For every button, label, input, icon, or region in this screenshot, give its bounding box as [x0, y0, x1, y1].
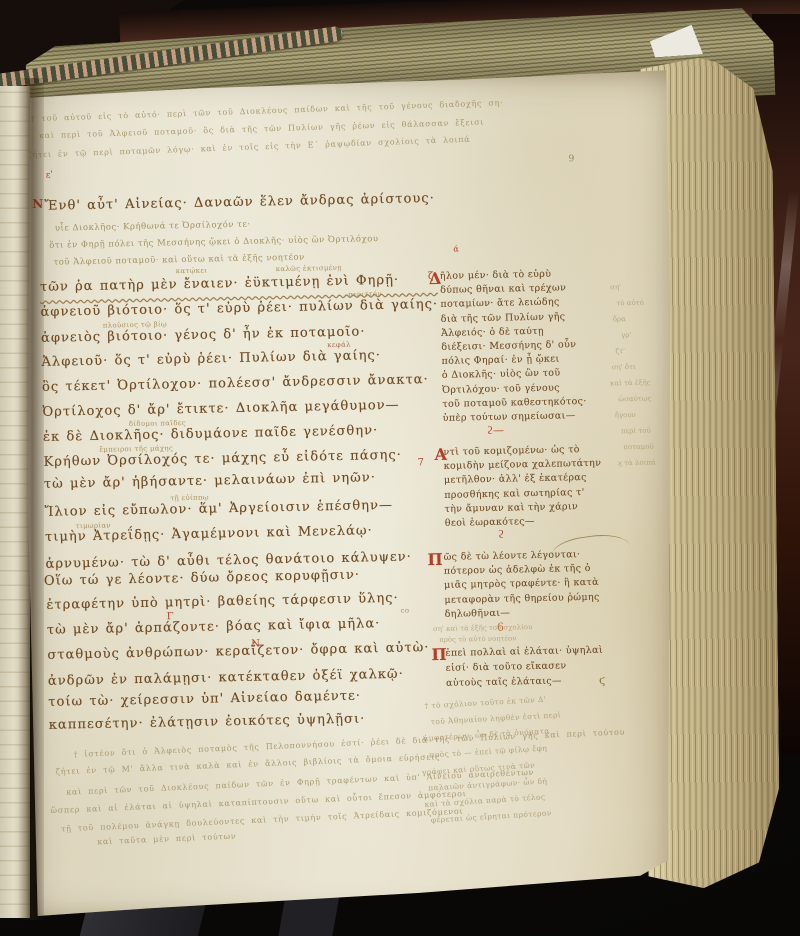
fore-edge-note: ζτ' — [615, 347, 625, 355]
later-hand-note: πρὸς τὸ — ἐπεὶ τῷ φίλῳ ἔφη — [429, 744, 547, 760]
interlinear-gloss: τιμωρίαν — [76, 522, 111, 531]
fore-edge-note: ἤγουν — [615, 411, 636, 419]
folio-mark: 9 — [568, 154, 574, 164]
scholion-block: ντὶ τοῦ κομιζομένω· ὡς τὸ κομιδὴν μείζον… — [443, 442, 635, 531]
verse-line: τοίω τὼ· χείρεσσιν ὑπ' Αἰνείαο δαμέντε· — [48, 689, 361, 710]
rubric-mark: Ν — [251, 639, 260, 650]
rubric-mark: 7 — [418, 457, 425, 468]
verse-line: ἐτραφέτην ὑπὸ μητρὶ· βαθείης τάρφεσιν ὕλ… — [46, 591, 399, 613]
book-photo: † τοῦ αὐτοῦ εἰς τὸ αὐτό· περὶ τῶν τοῦ Δι… — [0, 0, 800, 936]
verse-line: καππεσέτην· ἐλάτῃσιν ἐοικότες ὑψηλῇσι· — [49, 711, 366, 732]
verse-line: Ἀλφειοῦ· ὅς τ' εὐρὺ ῥέει· Πυλίων διὰ γαί… — [41, 348, 381, 370]
verse-line: Ὀρτίλοχος δ' ἄρ' ἔτικτε· Διοκλῆα μεγάθυμ… — [42, 398, 399, 420]
marginal-note: πρὸς τὸ αὐτὸ νοητέον — [439, 634, 516, 644]
interlinear-gloss: κεφάλ — [327, 341, 351, 349]
quire-mark: εʹ — [46, 171, 53, 181]
scholion-line: αὐτοὺς ταῖς ἐλάταις— — [446, 672, 636, 691]
scholion-block: ῶς δὲ τὼ λέοντε λέγονται· πότερον ὡς ἀδε… — [443, 547, 634, 622]
scholion-block: ῆλον μέν· διὰ τὸ εὐρὺ δύπως θῆναι καὶ τρ… — [440, 266, 633, 426]
manuscript-page: † τοῦ αὐτοῦ εἰς τὸ αὐτό· περὶ τῶν τοῦ Δι… — [24, 66, 676, 922]
scholion-line: θεοὶ ἑωρακότες— — [445, 513, 635, 531]
gutter-shadow — [18, 78, 44, 920]
interlinear-gloss: τῇ εὐίππῳ — [170, 494, 209, 503]
fore-edge-note: ϗ τὰ λοιπά — [618, 459, 656, 468]
later-hand-note: † τὸ σχόλιον τοῦτο ἐκ τῶν Δ' — [424, 695, 546, 711]
fore-edge-note: καὶ τὰ ἑξῆς — [610, 379, 651, 388]
verse-line: τὼ μὲν ἄρ' ἁρπάζοντε· βόας καὶ ἴφια μῆλα… — [47, 616, 381, 638]
interlinear-gloss: δίδυμοι παῖδες — [129, 419, 186, 428]
scholion-line: ὑπὲρ τούτων σημείωσαι— — [443, 408, 633, 426]
verse-line: ὃς τέκετ' Ὀρτίλοχον· πολέεσσ' ἄνδρεσσιν … — [42, 372, 429, 395]
verse-line-cancelled: ἀφνειοῦ βιότοιο· ὅς τ' εὐρὺ ῥέει· πυλίων… — [40, 297, 438, 320]
rubric-flourish: ϩ— — [487, 424, 504, 437]
marginal-note: ση' καὶ τὰ ἑξῆς τοῦ σχολίου — [433, 623, 533, 633]
rubric-flourish: ϩ — [498, 528, 504, 541]
fore-edge-note: ὅρα — [613, 315, 626, 323]
interlinear-gloss: κατῴκει — [176, 267, 208, 276]
inset-scholion-line: τοῦ Ἀλφειοῦ ποταμοῦ· καὶ οὕτω καὶ τὰ ἑξῆ… — [53, 253, 304, 268]
verse-line: τῶν ῥα πατὴρ μὲν ἔναιεν· ἐϋκτιμένῃ ἐνὶ Φ… — [40, 273, 399, 295]
inset-scholion-line: ὅτι ἐν Φηρῇ πόλει τῆς Μεσσήνης ᾤκει ὁ Δι… — [49, 234, 378, 251]
interlinear-gloss: πλούσιος τῷ βίῳ — [103, 320, 167, 329]
rubric-mark: ⌃ — [48, 565, 57, 576]
page-content: † τοῦ αὐτοῦ εἰς τὸ αὐτό· περὶ τῶν τοῦ Δι… — [22, 54, 691, 923]
scholion-block: ἐπεὶ πολλαὶ αἱ ἐλάται· ὑψηλαὶ εἰσί· διὰ … — [445, 642, 636, 691]
rubric-mark: Γ — [167, 611, 174, 622]
verse-line: ἀνδρῶν ἐν παλάμῃσι· κατέκταθεν ὀξέϊ χαλκ… — [48, 667, 404, 689]
verse-line: Ἔνθ' αὖτ' Αἰνείας· Δαναῶν ἕλεν ἄνδρας ἀρ… — [44, 191, 435, 214]
bottom-margin-note: καὶ ταῦτα μὲν περὶ τούτων — [97, 832, 237, 847]
verse-line: ἐκ δὲ Διοκλῆος· διδυμάονε παῖδε γενέσθην… — [43, 423, 379, 445]
fore-edge-note: γρ' — [621, 331, 631, 339]
scholion-line: δηλωθῆναι— — [445, 604, 635, 622]
verse-line: Κρήθων Ὀρσίλοχός τε· μάχης εὖ εἰδότε πάσ… — [43, 448, 402, 470]
fore-edge-note: ποταμοῦ — [623, 443, 654, 452]
rubric-flourish: ϛ — [599, 674, 605, 687]
fore-edge-note: ση' — [610, 283, 621, 291]
interlinear-gloss: περιττόν — [348, 290, 382, 299]
fore-edge-note: ση' ὅτι — [612, 363, 636, 371]
fore-edge-note: περὶ τοῦ — [621, 427, 651, 436]
interlinear-gloss: καλῶς ἐκτισμένῃ — [276, 264, 342, 273]
verse-line: τὼ μὲν ἄρ' ἡβήσαντε· μελαινάων ἐπὶ νηῶν· — [44, 470, 376, 492]
fore-edge-note: τὸ αὐτό — [616, 299, 644, 308]
later-hand-note: τοῦ Ἀθηναίου ληφθὲν ἐστὶ περὶ — [431, 710, 562, 726]
interlinear-gloss: ϲο — [401, 607, 410, 615]
verse-line: σταθμοὺς ἀνθρώπων· κεραΐζετον· ὄφρα καὶ … — [47, 640, 429, 663]
fore-edge-note: ὡσαύτως — [618, 395, 651, 404]
interlinear-gloss: ἔμπειροι τῆς μάχης — [99, 444, 173, 453]
rubric-mark: ά — [453, 244, 459, 253]
inset-scholion-line: υἷε Διοκλῆος· Κρήθωνά τε Ὀρσίλοχόν τε· — [55, 220, 251, 234]
scholion-initial: Π — [427, 550, 442, 569]
verse-line: ἀφνειὸς βιότοιο· γένος δ' ἦν ἐκ ποταμοῖο… — [41, 324, 366, 346]
verse-line: Ἴλιον εἰς εὔπωλον· ἅμ' Ἀργείοισιν ἑπέσθη… — [44, 498, 393, 520]
